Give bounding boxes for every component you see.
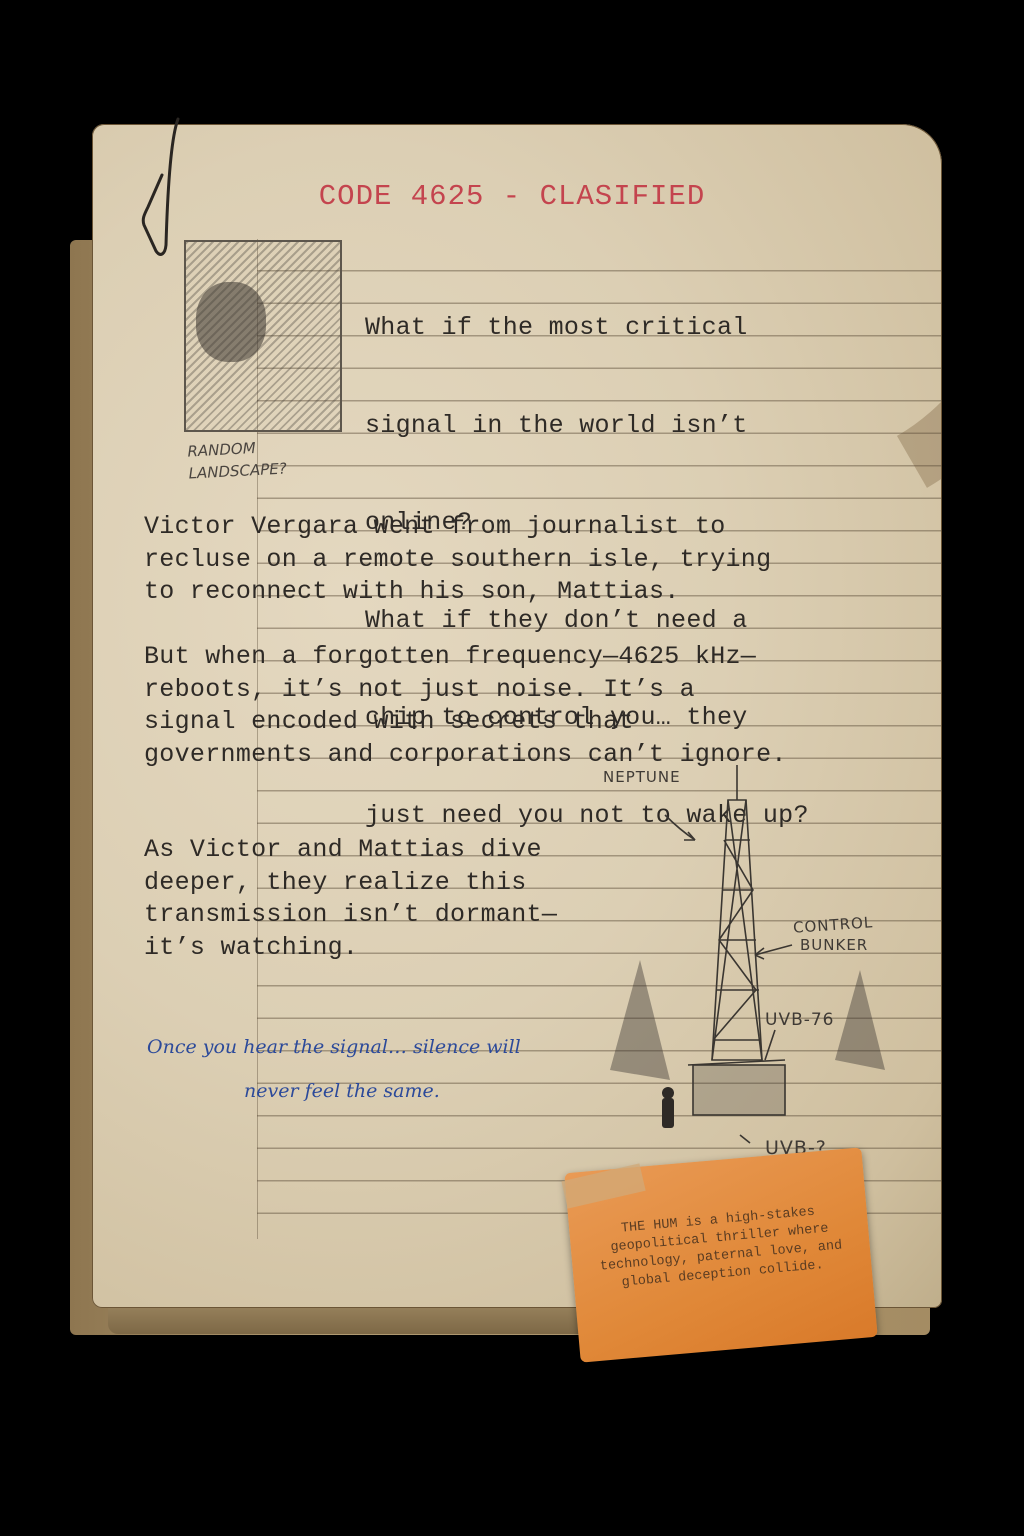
landscape-sketch	[184, 240, 342, 432]
landscape-sketch-label: RANDOM LANDSCAPE?	[187, 435, 287, 484]
tree-sketch-icon	[196, 282, 266, 362]
paragraph-frequency: But when a forgotten frequency—4625 kHz—…	[144, 641, 787, 771]
sticky-note-text: THE HUM is a high-stakes geopolitical th…	[589, 1201, 852, 1295]
paragraph-victor: Victor Vergara went from journalist to r…	[144, 511, 771, 609]
tower-note-neptune: NEPTUNE	[603, 768, 681, 786]
intro-line: signal in the world isn’t	[365, 410, 809, 443]
intro-line: What if they don’t need a	[365, 605, 809, 638]
handwritten-quote-line1: Once you hear the signal… silence will	[147, 1036, 521, 1058]
paperclip-icon	[140, 115, 190, 265]
sticky-note: THE HUM is a high-stakes geopolitical th…	[564, 1147, 877, 1362]
radio-tower-sketch-icon	[600, 760, 890, 1160]
tower-note-uvb76: UVB-76	[765, 1010, 835, 1030]
intro-line: What if the most critical	[365, 312, 809, 345]
handwritten-quote-line2: never feel the same.	[244, 1080, 440, 1102]
tower-note-bunker: BUNKER	[800, 936, 868, 954]
paragraph-transmission: As Victor and Mattias dive deeper, they …	[144, 834, 557, 964]
